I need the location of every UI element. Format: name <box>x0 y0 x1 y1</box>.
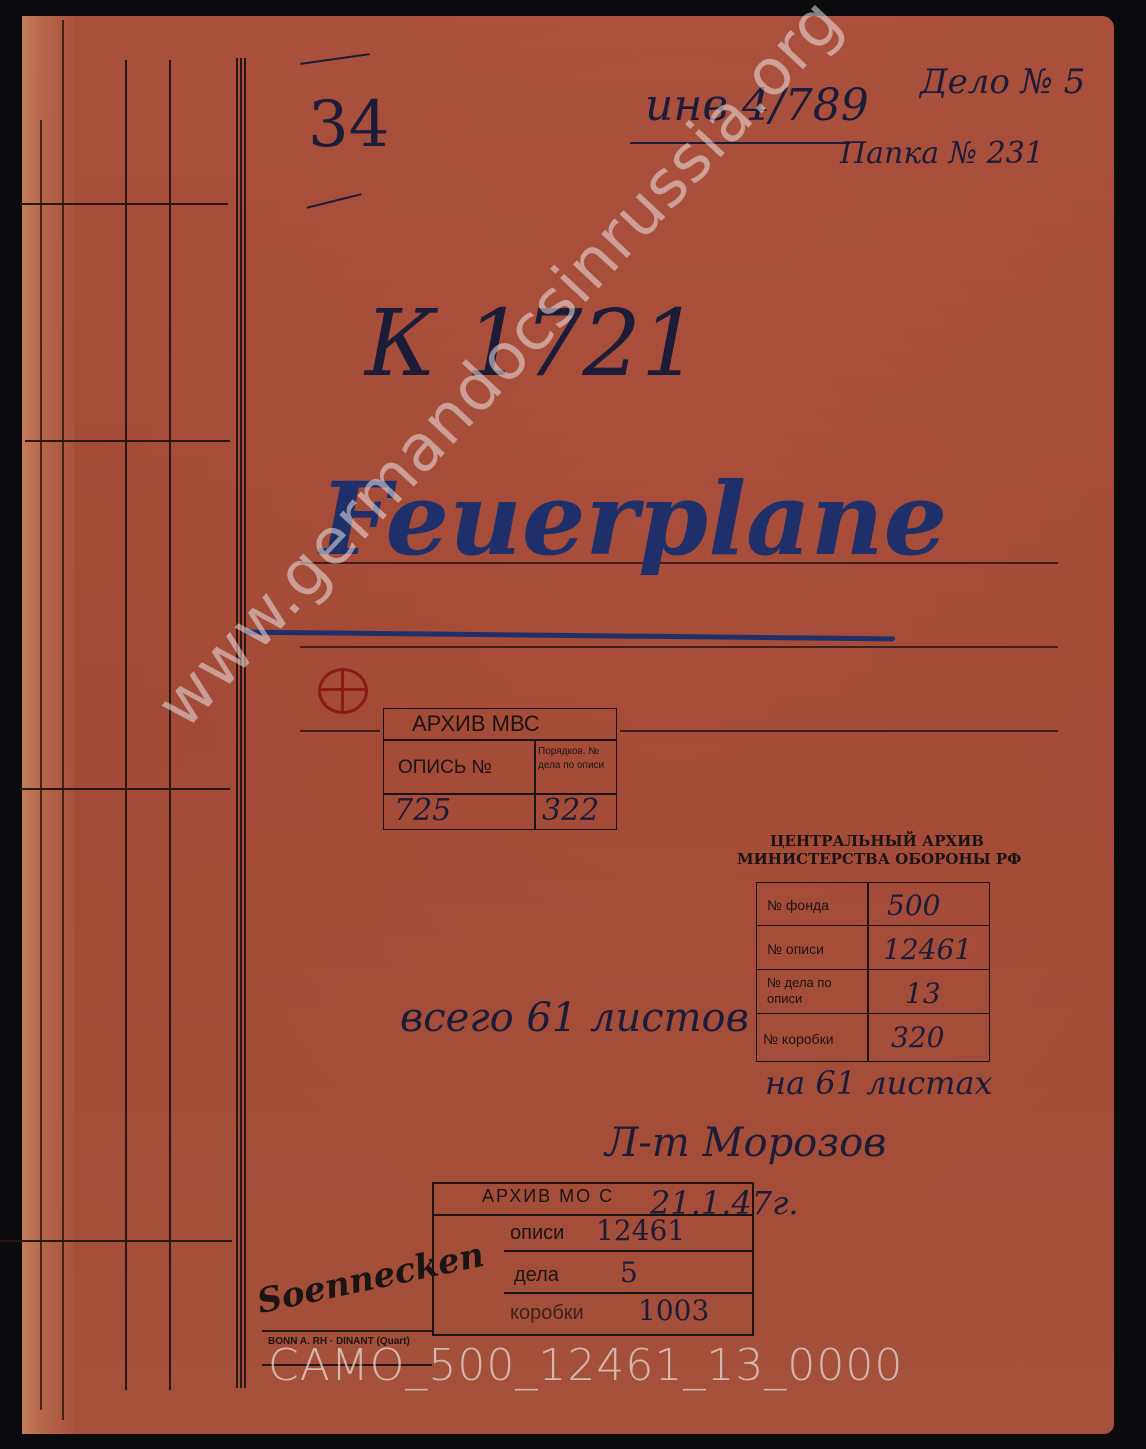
tsamo-row-value: 12461 <box>883 933 972 966</box>
folder-spine <box>22 16 74 1434</box>
box-number-note: Папка № 231 <box>840 136 1044 171</box>
ruled-column-line <box>125 60 127 1390</box>
margin-triple-rule <box>244 58 246 1388</box>
writing-line <box>300 646 1058 648</box>
stamp-mvs-order-value: 322 <box>542 793 599 828</box>
tsamo-row-label: № коробки <box>763 1031 834 1047</box>
mo-row-value: 1003 <box>638 1294 709 1327</box>
document-id-watermark: CAMO_500_12461_13_0000 <box>268 1340 903 1391</box>
tsamo-row-value: 320 <box>891 1021 944 1054</box>
case-number-note: Дело № 5 <box>920 62 1085 102</box>
tsamo-row-label: № описи <box>767 941 824 957</box>
ruled-column-line <box>169 60 171 1390</box>
mo-row-label: коробки <box>510 1302 584 1325</box>
mo-row-value: 12461 <box>596 1214 685 1247</box>
stamp-mvs-header: АРХИВ МВС <box>412 711 540 737</box>
spine-crossrule <box>0 1240 232 1242</box>
tsamo-row-value: 500 <box>887 889 940 922</box>
margin-triple-rule <box>240 58 242 1388</box>
mo-row-label: дела <box>514 1264 559 1287</box>
stamp-tsamo-header-2: МИНИСТЕРСТВА ОБОРОНЫ РФ <box>737 850 1021 868</box>
spine-rule <box>40 120 42 1410</box>
stamp-tsamo-header-1: ЦЕНТРАЛЬНЫЙ АРХИВ <box>770 832 984 850</box>
stamp-mo-header: АРХИВ МО С <box>482 1186 614 1207</box>
spine-rule <box>62 20 64 1420</box>
stamp-mvs-order-label: Порядков. № дела по описи <box>538 745 614 773</box>
red-cross-circle-mark <box>318 668 368 714</box>
manufacturer-rule <box>262 1330 432 1332</box>
mo-row-label: описи <box>510 1222 564 1245</box>
spine-crossrule <box>20 203 228 205</box>
stamp-tsamo-table: № фонда 500 № описи 12461 № дела по опис… <box>756 882 990 1062</box>
writing-line <box>300 730 380 732</box>
spine-crossrule <box>20 788 230 790</box>
stamp-mvs-opis-label: ОПИСЬ № <box>398 757 492 779</box>
folder-number: 34 <box>308 88 389 162</box>
page-count-note: всего 61 листов <box>400 995 749 1041</box>
stamp-mvs-opis-value: 725 <box>394 793 451 828</box>
spine-crossrule <box>25 440 230 442</box>
mo-row-value: 5 <box>620 1256 638 1289</box>
margin-triple-rule <box>236 58 238 1388</box>
signature: Л-т Морозов <box>605 1120 886 1166</box>
tsamo-row-value: 13 <box>905 977 941 1010</box>
tsamo-row-label: № дела по описи <box>767 975 863 1007</box>
stamp-archive-mvs: АРХИВ МВС ОПИСЬ № Порядков. № дела по оп… <box>383 708 617 830</box>
tsamo-row-label: № фонда <box>767 897 829 913</box>
sheet-count-note: на 61 листах <box>765 1064 993 1102</box>
writing-line <box>620 730 1058 732</box>
